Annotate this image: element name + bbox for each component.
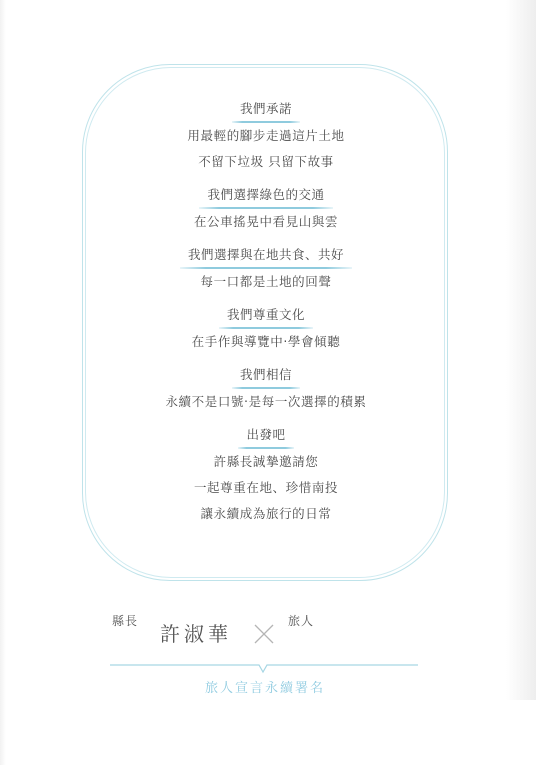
traveler-title: 旅人 [288,612,314,629]
section-heading: 我們選擇與在地共食、共好 [180,246,352,269]
section-heading: 我們尊重文化 [219,306,313,329]
section-heading: 我們相信 [232,366,300,389]
pledge-line: 許縣長誠摯邀請您 [82,449,450,475]
pledge-line: 每一口都是土地的回聲 [82,269,450,295]
section-heading-text: 我們選擇與在地共食、共好 [188,246,344,264]
heading-underline [232,121,300,123]
heading-underline [238,447,293,449]
pledge-line: 不留下垃圾 只留下故事 [82,149,450,175]
section-heading-text: 出發吧 [246,426,285,444]
pledge-line: 一起尊重在地、珍惜南投 [82,475,450,501]
mayor-title: 縣長 [112,612,138,629]
section-heading-text: 我們選擇綠色的交通 [207,186,324,204]
heading-underline [232,387,300,389]
pledge-line: 讓永續成為旅行的日常 [82,501,450,527]
section-heading-text: 我們承諾 [240,100,292,118]
section-heading: 我們承諾 [232,100,300,123]
pledge-section-believe: 我們相信 永續不是口號‧是每一次選擇的積累 [82,364,450,415]
pledge-line: 永續不是口號‧是每一次選擇的積累 [82,389,450,415]
pledge-line: 用最輕的腳步走過這片土地 [82,123,450,149]
sign-pledge-link[interactable]: 旅人宣言永續署名 [0,677,530,696]
pledge-section-local-food: 我們選擇與在地共食、共好 每一口都是土地的回聲 [82,244,450,295]
section-heading: 我們選擇綠色的交通 [199,186,332,209]
divider-with-notch [110,659,418,669]
section-heading: 出發吧 [238,426,293,449]
page-edge-right [506,0,536,700]
signature-row: 縣長 許淑華 旅人 [0,604,536,654]
mayor-name: 許淑華 [160,618,232,647]
pledge-section-promise: 我們承諾 用最輕的腳步走過這片土地 不留下垃圾 只留下故事 [82,98,450,175]
heading-underline [180,267,352,269]
heading-underline [199,207,332,209]
pledge-line: 在手作與導覽中‧學會傾聽 [82,329,450,355]
pledge-line: 在公車搖晃中看見山與雲 [82,209,450,235]
cross-icon [253,623,275,645]
pledge-section-culture: 我們尊重文化 在手作與導覽中‧學會傾聽 [82,304,450,355]
pledge-section-green-transport: 我們選擇綠色的交通 在公車搖晃中看見山與雲 [82,184,450,235]
section-heading-text: 我們尊重文化 [227,306,305,324]
heading-underline [219,327,313,329]
pledge-section-go: 出發吧 許縣長誠摯邀請您 一起尊重在地、珍惜南投 讓永續成為旅行的日常 [82,424,450,527]
section-heading-text: 我們相信 [240,366,292,384]
pledge-content: 我們承諾 用最輕的腳步走過這片土地 不留下垃圾 只留下故事 我們選擇綠色的交通 … [82,98,450,536]
